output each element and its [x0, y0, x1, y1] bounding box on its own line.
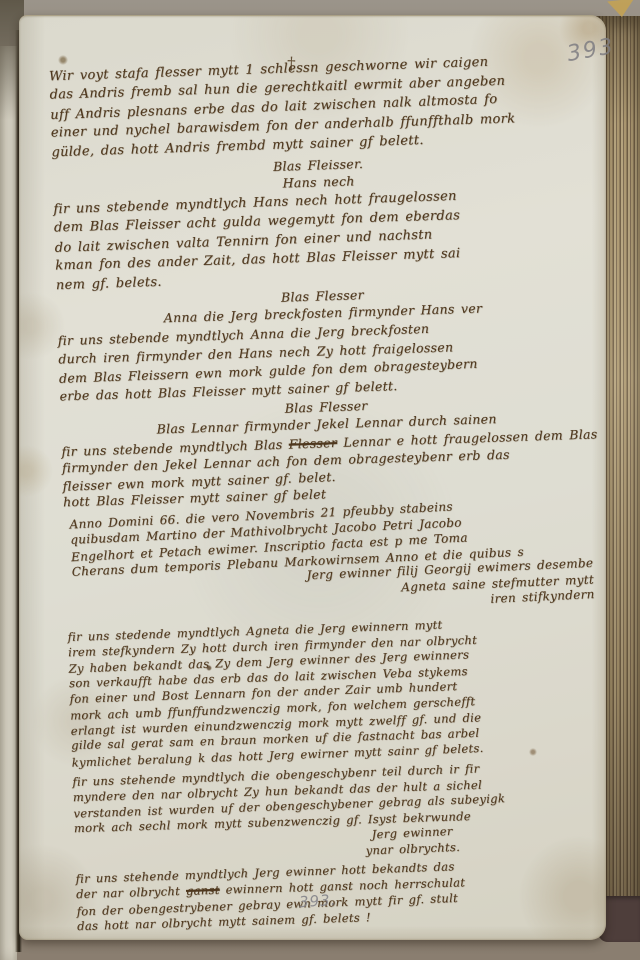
entry-agneta-ewinnern: fir uns stedende myndtlych Agneta die Je…: [67, 612, 603, 770]
manuscript-page: 393 † Wir voyt stafa flesser mytt 1 schl…: [19, 15, 606, 940]
manuscript-text: Wir voyt stafa flesser mytt 1 schlessn g…: [47, 0, 609, 935]
entry-andris-fremb: Wir voyt stafa flesser mytt 1 schlessn g…: [49, 50, 584, 163]
page-corner-marker: [607, 0, 636, 18]
folio-number-bottom: 393.: [298, 891, 337, 912]
struck-word: ganst: [186, 883, 220, 898]
handwriting-text: der nar olbrycht: [76, 884, 186, 901]
photo-background: 393 † Wir voyt stafa flesser mytt 1 schl…: [0, 0, 640, 960]
struck-word: Flesser: [288, 435, 337, 452]
entry-hans-nech: fir uns stebende myndtlych Hans nech hot…: [53, 183, 588, 296]
